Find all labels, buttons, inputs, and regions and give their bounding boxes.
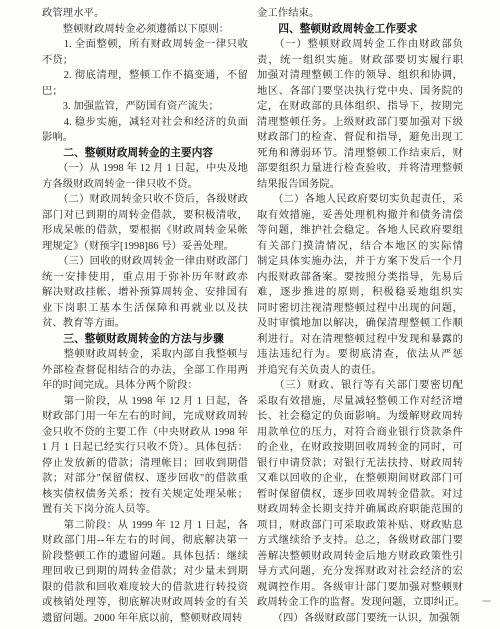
text-line: 方式继续给予支持。总之，各级财政部门要妥 [257, 533, 463, 549]
text-line: 理回收已到期的周转金借款；对少量未到期 [42, 564, 248, 580]
text-line: （二）各地人民政府要切实负起责任，采 [257, 192, 463, 208]
text-line: 理规定》（财预字[1998]86 号）妥善处理。 [42, 239, 248, 255]
text-line: （三）财政、银行等有关部门要密切配合， [257, 378, 463, 394]
text-line: 有关部门摸清情况，结合本地区的实际情况， [257, 239, 463, 255]
text-line: 政周转金工作的监督。发现问题，立即纠正。 [257, 595, 463, 611]
text-line: 违法违纪行为。要彻底清查，依法从严惩处， [257, 347, 463, 363]
text-line: 部要组织力量进行检查验收，并将清理整顿 [257, 161, 463, 177]
text-line: 导方式问题，充分发挥财政对社会经济的宏 [257, 564, 463, 580]
text-line: 停止发放新的借款；清理帐目；回收到期借 [42, 456, 248, 472]
scanned-document-page: 政管理水平。 整顿财政周转金必须遵循以下原则： 1. 全面整顿，所有财政周转金一… [0, 0, 500, 629]
text-line: 第一阶段，从 1998 年 12 月 1 日起，各级 [42, 394, 248, 410]
text-line: （一）从 1998 年 12 月 1 日起，中央及地 [42, 161, 248, 177]
text-line: 外部检查督促相结合的办法，全部工作用两 [42, 363, 248, 379]
text-line: 内报财政部备案。要按照分类指导，先易后 [257, 270, 463, 286]
text-line: 解决财政挂帐、增补预算周转金、安排国有企 [42, 285, 248, 301]
text-line: 长、社会稳定的负面影响。为缓解财政周转金 [257, 409, 463, 425]
text-line: 整顿财政周转金必须遵循以下原则： [42, 22, 248, 38]
text-line: 金只收不贷的主要工作（中央财政从 1998 年 [42, 425, 248, 441]
scan-artifact-mark [482, 600, 491, 602]
text-line: 巴； [42, 84, 248, 100]
text-line: 形成呆帐的借款，要根据《财政周转金呆帐处 [42, 223, 248, 239]
text-line: 等问题，维护社会稳定。各地人民政府要组织 [257, 223, 463, 239]
text-line: 遗留问题。2000 年年底以前，整顿财政周转 [42, 611, 248, 627]
text-line: （三）回收的财政周转金一律由财政部门 [42, 254, 248, 270]
text-line: 第二阶段：从 1999 年 12 月 1 日起，各级 [42, 518, 248, 534]
text-line: 财政部门用--年左右的时间，彻底解决第一 [42, 533, 248, 549]
text-line: （一）整顿财政周转金工作由财政部负 [257, 37, 463, 53]
text-line: 年的时间完成。具体分两个阶段： [42, 378, 248, 394]
text-line: 并追究有关负责人的责任。 [257, 363, 463, 379]
text-line: 善解决整顿财政周转金后地方财政政策性引 [257, 549, 463, 565]
text-line: 核实债权债务关系；按有关规定处理呆帐；安 [42, 487, 248, 503]
text-line: 影响。 [42, 130, 248, 146]
text-line: 财政周转金长期支持并确属政府职能范围的 [257, 502, 463, 518]
text-line: 政管理水平。 [42, 6, 248, 22]
text-line: 暂时保留债权，逐步回收周转金借款。对过去 [257, 487, 463, 503]
text-column-right: 金工作结束。 四、整顿财政周转金工作要求 （一）整顿财政周转金工作由财政部负责，… [257, 6, 463, 626]
text-line: 利进行。对在清理整顿过程中发现和暴露的 [257, 332, 463, 348]
text-line: 及时审慎地加以解决，确保清理整顿工作顺 [257, 316, 463, 332]
text-line: 同时密切注视清理整顿过程中出现的问题， [257, 301, 463, 317]
section-heading: 二、整顿财政周转金的主要内容 [42, 146, 248, 162]
section-heading: 四、整顿财政周转金工作要求 [257, 22, 463, 38]
text-line: 的企业，在财政按期回收周转金的同时，可向 [257, 440, 463, 456]
text-line: 用款单位的压力，对符合商业银行贷款条件 [257, 425, 463, 441]
text-line: 方各级财政周转金一律只收不贷。 [42, 177, 248, 193]
text-line: 银行申请贷款；对银行无法扶持、财政周转金 [257, 456, 463, 472]
text-line: 难，逐步推进的原则，积极稳妥地组织实施， [257, 285, 463, 301]
text-line: 统一安排使用，重点用于弥补历年财政赤字、 [42, 270, 248, 286]
text-line: 4. 稳步实施，减轻对社会和经济的负面 [42, 115, 248, 131]
text-line: 款；对部分"保留债权、逐步回收"的借款重新 [42, 471, 248, 487]
text-line: 或核销处理等，彻底解决财政周转金的有关 [42, 595, 248, 611]
text-line: （四）各级财政部门要统一认识，加强领 [257, 611, 463, 627]
text-line: 责，统一组织实施。财政部要切实履行职责， [257, 53, 463, 69]
section-heading: 三、整顿财政周转金的方法与步骤 [42, 332, 248, 348]
text-line: 金工作结束。 [257, 6, 463, 22]
text-line: 部门对已到期的周转金借款，要积极清收，对 [42, 208, 248, 224]
text-line: 1. 全面整顿，所有财政周转金一律只收 [42, 37, 248, 53]
text-line: 地区、各部门要坚决执行党中央、国务院的决 [257, 84, 463, 100]
text-line: 阶段整顿工作的遗留问题。具体包括：继续清 [42, 549, 248, 565]
text-column-left: 政管理水平。 整顿财政周转金必须遵循以下原则： 1. 全面整顿，所有财政周转金一… [42, 6, 248, 626]
text-line: 项目，财政部门可采取政策补贴、财政贴息等 [257, 518, 463, 534]
text-line: 3. 加强监管，严防国有资产流失； [42, 99, 248, 115]
text-line: 置有关下岗分流人员等。 [42, 502, 248, 518]
text-line: 结果报告国务院。 [257, 177, 463, 193]
text-line: 2. 彻底清理，整顿工作不搞变通，不留尾 [42, 68, 248, 84]
text-line: 又难以回收的企业，在整顿期间财政部门可 [257, 471, 463, 487]
text-line: （二）财政周转金只收不贷后，各级财政 [42, 192, 248, 208]
text-line: 死角和薄弱环节。清理整顿工作结束后，财政 [257, 146, 463, 162]
text-line: 财政部门用一年左右的时间，完成财政周转 [42, 409, 248, 425]
text-line: 财政部门的检查、督促和指导，避免出现工作 [257, 130, 463, 146]
text-line: 采取有效措施，尽量减轻整顿工作对经济增 [257, 394, 463, 410]
text-line: 整顿财政周转金，采取内部自我整顿与 [42, 347, 248, 363]
text-line: 取有效措施，妥善处理机构撤并和债务清偿 [257, 208, 463, 224]
text-line: 制定具体实施办法，并于方案下发后一个月 [257, 254, 463, 270]
text-line: 加强对清理整顿工作的领导、组织和协调，各 [257, 68, 463, 84]
text-line: 业下岗职工基本生活保障和再就业以及扶 [42, 301, 248, 317]
text-line: 观调控作用。各级审计部门要加强对整顿财 [257, 580, 463, 596]
text-line: 1 月 1 日起已经实行只收不贷）。具体包括： [42, 440, 248, 456]
text-line: 限的借款和回收难度较大的借款进行转投资 [42, 580, 248, 596]
text-line: 不贷； [42, 53, 248, 69]
text-line: 清理整顿任务。上级财政部门要加强对下级 [257, 115, 463, 131]
text-line: 贫、教育等方面。 [42, 316, 248, 332]
text-line: 定，在财政部的具体组织、指导下，按期完成 [257, 99, 463, 115]
